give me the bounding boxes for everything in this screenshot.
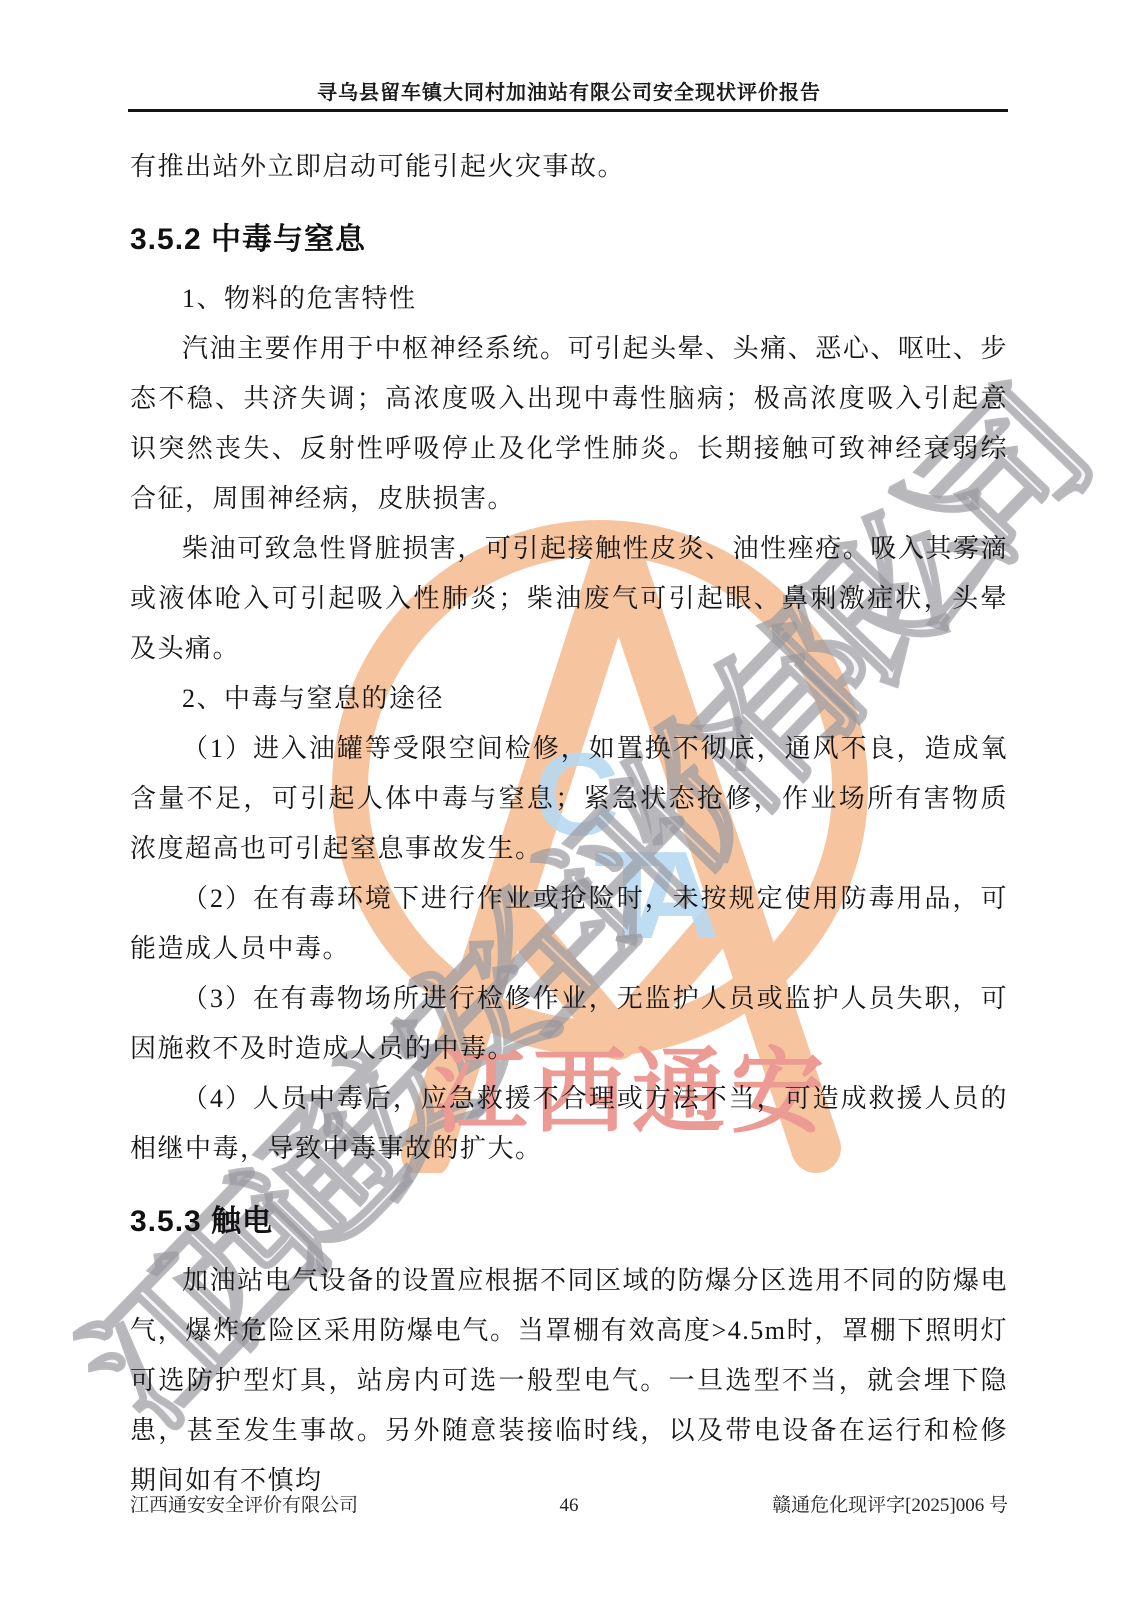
paragraph: 1、物料的危害特性 [130,274,1008,324]
footer-page-number: 46 [560,1495,579,1517]
paragraph: （1）进入油罐等受限空间检修，如置换不彻底，通风不良，造成氧含量不足，可引起人体… [130,724,1008,874]
footer-doc-number: 赣通危化现评字[2025]006 号 [579,1490,1009,1517]
paragraph: （2）在有毒环境下进行作业或抢险时，未按规定使用防毒用品，可能造成人员中毒。 [130,874,1008,974]
page-footer: 江西通安安全评价有限公司 46 赣通危化现评字[2025]006 号 [130,1490,1008,1517]
page-header-title: 寻乌县留车镇大同村加油站有限公司安全现状评价报告 [130,76,1008,105]
paragraph: 柴油可致急性肾脏损害，可引起接触性皮炎、油性痤疮。吸入其雾滴或液体呛入可引起吸入… [130,524,1008,674]
paragraph-intro: 有推出站外立即启动可能引起火灾事故。 [130,142,1008,192]
paragraph: 汽油主要作用于中枢神经系统。可引起头晕、头痛、恶心、呕吐、步态不稳、共济失调；高… [130,324,1008,524]
body-text: 有推出站外立即启动可能引起火灾事故。 3.5.2 中毒与窒息 1、物料的危害特性… [130,142,1008,1506]
header-rule [128,109,1008,112]
paragraph: （4）人员中毒后，应急救援不合理或方法不当，可造成救援人员的相继中毒，导致中毒事… [130,1074,1008,1174]
paragraph: 2、中毒与窒息的途径 [130,674,1008,724]
section-heading-353: 3.5.3 触电 [130,1196,1008,1240]
footer-company: 江西通安安全评价有限公司 [130,1490,560,1517]
paragraph: 加油站电气设备的设置应根据不同区域的防爆分区选用不同的防爆电气，爆炸危险区采用防… [130,1256,1008,1506]
paragraph: （3）在有毒物场所进行检修作业，无监护人员或监护人员失职，可因施救不及时造成人员… [130,974,1008,1074]
document-content: 寻乌县留车镇大同村加油站有限公司安全现状评价报告 有推出站外立即启动可能引起火灾… [0,0,1131,1600]
section-heading-352: 3.5.2 中毒与窒息 [130,214,1008,258]
document-page: C TA 江西通安安全评价有限公司 江西通安 寻乌县留车镇大同村加油站有限公司安… [0,0,1131,1600]
